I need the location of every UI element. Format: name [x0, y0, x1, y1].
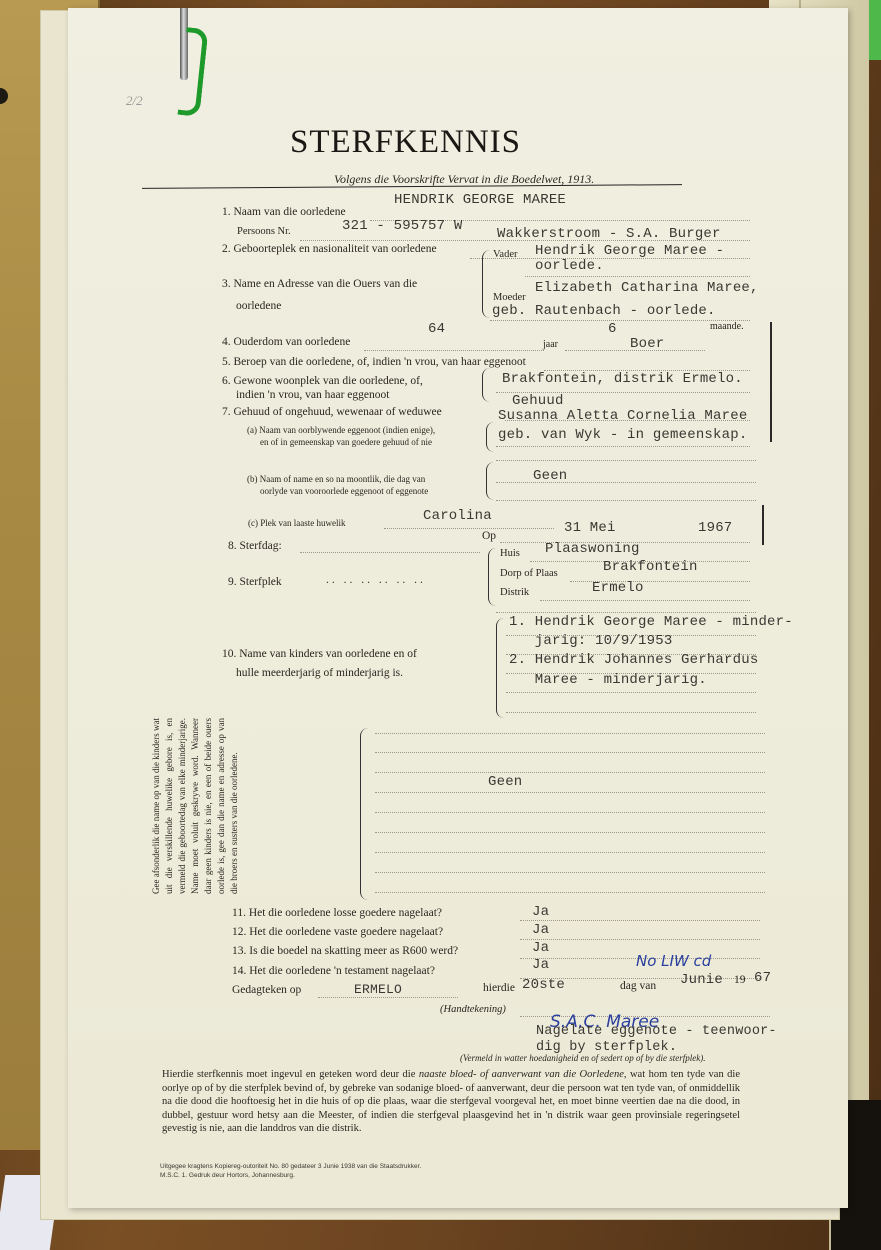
field-2-value: Wakkerstroom - S.A. Burger	[497, 226, 721, 242]
instructions-paragraph: Hierdie sterfkennis moet ingevul en gete…	[162, 1068, 740, 1136]
age-months-value: 6	[608, 321, 617, 337]
age-years-value: 64	[428, 321, 445, 337]
persoons-nr-label: Persoons Nr.	[237, 226, 291, 237]
parents-brace	[482, 250, 490, 318]
child-line-4: Maree - minderjarig.	[509, 672, 707, 688]
child-line-3: 2. Hendrik Johannes Gerhardus	[509, 652, 758, 668]
field-8-label: 8. Sterfdag:	[228, 540, 282, 552]
district-value: Ermelo	[592, 580, 644, 596]
field-1-value: HENDRIK GEORGE MAREE	[394, 192, 566, 208]
father-name-line1: Hendrik George Maree -	[535, 243, 724, 259]
field-5-value: Boer	[630, 336, 664, 352]
field-9-label: 9. Sterfplek	[228, 576, 282, 588]
field-5-label: 5. Beroep van die oorledene, of, indien …	[222, 356, 526, 368]
field-7b-label-line1: (b) Naam of name en so na moontlik, die …	[247, 474, 425, 484]
field-7b-label-line2: oorlyde van vooroorlede eggenoot of egge…	[260, 486, 428, 496]
mother-label: Moeder	[493, 292, 526, 303]
signature-label: (Handtekening)	[440, 1004, 506, 1015]
persoons-nr-value: 321 - 595757 W	[342, 218, 462, 234]
field-7-value: Gehuud	[512, 393, 564, 409]
signed-hierdie-label: hierdie	[483, 982, 515, 994]
signed-day-value: 20ste	[522, 977, 565, 993]
field-10-label-line1: 10. Name van kinders van oorledene en of	[222, 648, 417, 660]
field-6-label-line1: 6. Gewone woonplek van die oorledene, of…	[222, 375, 423, 387]
house-label: Huis	[500, 548, 520, 559]
signed-at-label: Gedagteken op	[232, 984, 301, 996]
punch-hole	[0, 88, 8, 104]
field-2-label: 2. Geboorteplek en nasionaliteit van oor…	[222, 243, 437, 255]
field-10-label-line2: hulle meerderjarig of minderjarig is.	[236, 667, 403, 679]
district-label: Distrik	[500, 587, 529, 598]
pencil-mark: 2/2	[126, 93, 143, 109]
field-7c-value: Carolina	[423, 508, 492, 524]
spouse-name-line1: Susanna Aletta Cornelia Maree	[498, 408, 747, 424]
spouse-name-line2: geb. van Wyk - in gemeenskap.	[498, 427, 747, 443]
field-1-label: 1. Naam van die oorledene	[222, 206, 346, 218]
field-14-value: Ja	[532, 957, 549, 973]
field-3-label-line1: 3. Name en Adresse van die Ouers van die	[222, 278, 417, 290]
signed-year-prefix: 19	[734, 974, 746, 986]
field-9-leader: .. .. .. .. .. ..	[326, 574, 426, 586]
field-7-label: 7. Gehuud of ongehuud, wewenaar of weduw…	[222, 406, 442, 418]
field-12-label: 12. Het die oorledene vaste goedere nage…	[232, 926, 443, 938]
field-7a-label-line2: en of in gemeenskap van goedere gehuud o…	[260, 437, 432, 447]
handwritten-note: No LIW cd	[636, 952, 711, 970]
signed-month-value: Junie	[680, 972, 723, 988]
margin-bar	[770, 322, 772, 442]
signatory-capacity-line1: Nagelate eggenote - teenwoor-	[536, 1024, 777, 1039]
field-11-value: Ja	[532, 904, 549, 920]
predeceased-spouse-brace	[486, 462, 494, 500]
age-months-unit: maande.	[710, 321, 744, 332]
death-date-value: 31 Mei	[564, 520, 616, 536]
field-7a-label-line1: (a) Naam van oorblywende eggenoot (indie…	[247, 425, 435, 435]
death-date-op-label: Op	[482, 530, 496, 542]
printer-imprint: Uitgegee kragtens Kopiereg-outoriteit No…	[160, 1162, 421, 1180]
field-7c-label: (c) Plek van laaste huwelik	[248, 518, 345, 528]
mother-name-line1: Elizabeth Catharina Maree,	[535, 280, 759, 296]
siblings-instruction: Gee afsonderlik die name op van die kind…	[150, 718, 340, 894]
field-6-value: Brakfontein, distrik Ermelo.	[502, 371, 743, 387]
field-6-label-line2: indien 'n vrou, van haar eggenoot	[236, 389, 389, 401]
field-14-label: 14. Het die oorledene 'n testament nagel…	[232, 965, 435, 977]
town-farm-value: Brakfontein	[603, 559, 698, 575]
signatory-capacity-instruction: (Vermeld in watter hoedanigheid en of se…	[460, 1053, 705, 1063]
town-farm-label: Dorp of Plaas	[500, 568, 558, 579]
age-years-unit: jaar	[543, 339, 558, 350]
child-line-1: 1. Hendrik George Maree - minder-	[509, 614, 793, 630]
signed-place-value: ERMELO	[354, 982, 402, 997]
house-value: Plaaswoning	[545, 541, 640, 557]
field-13-label: 13. Is die boedel na skatting meer as R6…	[232, 945, 458, 957]
siblings-brace	[360, 728, 368, 900]
field-12-value: Ja	[532, 922, 549, 938]
signed-year-value: 67	[754, 970, 771, 986]
siblings-value: Geen	[488, 774, 522, 790]
father-name-line2: oorlede.	[535, 258, 604, 274]
signed-dag-van-label: dag van	[620, 980, 656, 992]
field-4-label: 4. Ouderdom van oorledene	[222, 336, 350, 348]
field-3-label-line2: oorledene	[236, 300, 281, 312]
mother-name-line2: geb. Rautenbach - oorlede.	[492, 303, 716, 319]
field-13-value: Ja	[532, 940, 549, 956]
death-year-value: 1967	[698, 520, 732, 536]
child-line-2: jarig: 10/9/1953	[509, 633, 672, 649]
place-of-death-brace	[488, 548, 496, 606]
document-title: STERFKENNIS	[290, 124, 521, 161]
spouse-brace	[486, 422, 494, 452]
children-brace	[496, 618, 504, 718]
margin-bar-2	[762, 505, 764, 545]
field-11-label: 11. Het die oorledene losse goedere nage…	[232, 907, 442, 919]
residence-brace	[482, 368, 490, 402]
father-label: Vader	[493, 249, 518, 260]
